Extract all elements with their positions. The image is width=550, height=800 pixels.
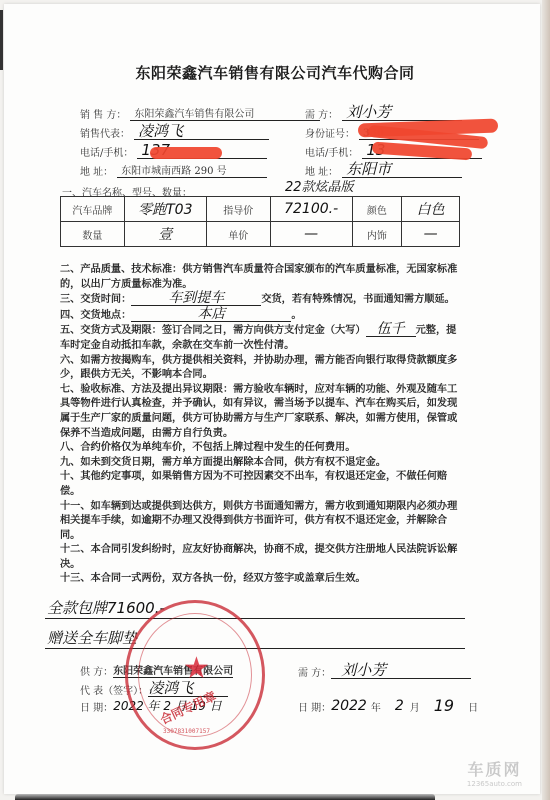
buyer-signature-row: 需 方： 刘小芳	[298, 662, 471, 679]
clause-9: 九、如未到交货日期，需方单方面提出解除本合同，供方有权不退定金。	[60, 455, 465, 470]
supplier-label: 供 方：	[80, 663, 113, 678]
clause-5-prefix: 五、交货方式及期限：签订合同之日，需方向供方支付定金（大写）	[60, 324, 366, 336]
color-value: 白色	[402, 197, 460, 222]
clause-10: 十、其他约定事项，如果销售方因为不可控因素交不出车，有权退还定金，不做任何赔偿。	[60, 469, 465, 498]
contract-clauses: 二、产品质量、技术标准：供方销售汽车质量符合国家颁布的汽车质量标准，无国家标准的…	[60, 262, 465, 586]
delivery-time: 车到提车	[131, 291, 261, 306]
guide-price-label: 指导价	[206, 197, 270, 222]
interior-label: 内饰	[352, 222, 402, 247]
deposit-amount: 伍千	[366, 322, 416, 337]
clause-8: 八、合约价格仅为单纯车价，不包括上牌过程中发生的任何费用。	[60, 440, 465, 455]
watermark-url: 12365auto.com	[467, 780, 522, 788]
handwritten-note-1: 全款包牌71600.-	[45, 597, 465, 619]
clause-4-suffix: 。	[291, 309, 301, 321]
buyer-id-label: 身份证号：	[305, 125, 355, 140]
buyer-date-label: 日 期：	[298, 699, 331, 714]
site-watermark: 车质网 12365auto.com	[467, 757, 522, 788]
buyer-name: 刘小芳	[342, 103, 462, 121]
brand-label: 汽车品牌	[61, 197, 125, 222]
month-unit: 月	[410, 699, 420, 714]
seller-address: 东阳市城南西路 290 号	[117, 160, 267, 178]
delivery-place: 本店	[131, 307, 291, 322]
interior-value: —	[402, 222, 460, 247]
brand-value: 零跑T03	[124, 197, 206, 222]
redaction-mark	[150, 147, 222, 159]
seller-name-row: 销 售 方： 东阳荣鑫汽车销售有限公司	[80, 103, 320, 121]
clause-7: 七、验收标准、方法及提出异议期限：需方验收车辆时，应对车辆的功能、外观及随车工具…	[60, 382, 465, 440]
seller-label: 销 售 方：	[80, 106, 126, 121]
clause-4: 四、交货地点：本店。	[60, 307, 465, 323]
buyer-sign: 刘小芳	[331, 662, 471, 679]
clause-6: 六、如需方按揭购车，供方提供相关资料，并协助办理，需方能否向银行取得贷款额度多少…	[60, 353, 465, 382]
clause-5: 五、交货方式及期限：签订合同之日，需方向供方支付定金（大写）伍千元整，提车时定金…	[60, 322, 465, 352]
seller-address-row: 地 址： 东阳市城南西路 290 号	[80, 160, 267, 178]
buyer-address: 东阳市	[342, 160, 462, 178]
clause-3: 三、交货时间：车到提车交货，若有特殊情况，书面通知需方顺延。	[60, 291, 465, 307]
buyer-sign-label: 需 方：	[298, 664, 331, 679]
clause-12: 十二、本合同引发纠纷时，应友好协商解决，协商不成，提交供方注册地人民法院诉讼解决…	[60, 542, 465, 571]
buyer-address-label: 地 址：	[305, 163, 338, 178]
clause-13: 十三、本合同一式两份，双方各执一份，经双方签字或盖章后生效。	[60, 571, 465, 586]
supplier-date-label: 日 期：	[80, 699, 113, 714]
clause-11: 十一、如车辆到达或提供到达供方，则供方书面通知需方，需方收到通知期限内必须办理相…	[60, 499, 465, 543]
contract-title: 东阳荣鑫汽车销售有限公司汽车代购合同	[0, 62, 550, 83]
seller-rep-label: 销售代表：	[80, 125, 130, 140]
seller-address-label: 地 址：	[80, 163, 113, 178]
seller-name: 东阳荣鑫汽车销售有限公司	[130, 103, 320, 121]
seller-rep-row: 销售代表： 凌鸿飞	[80, 122, 269, 140]
color-label: 颜色	[352, 197, 402, 222]
buyer-day: 19	[434, 698, 454, 714]
buyer-name-row: 需 方： 刘小芳	[305, 103, 462, 121]
company-seal: ★ 合同专用章 3307831007157	[125, 600, 265, 750]
unit-price-value: —	[270, 222, 352, 247]
clause-4-prefix: 四、交货地点：	[60, 309, 131, 321]
photo-edge-left	[0, 10, 3, 70]
guide-price-note: 22款炫晶版	[285, 180, 354, 196]
buyer-month: 2	[395, 698, 404, 714]
watermark-logo: 车质网	[467, 757, 522, 780]
clause-2: 二、产品质量、技术标准：供方销售汽车质量符合国家颁布的汽车质量标准，无国家标准的…	[60, 262, 465, 291]
car-info-table: 汽车品牌 零跑T03 指导价 72100.- 颜色 白色 数量 壹 单价 — 内…	[60, 196, 460, 247]
clause-3-suffix: 交货，若有特殊情况，书面通知需方顺延。	[261, 293, 455, 305]
day-unit: 日	[468, 699, 478, 714]
photo-edge-right	[542, 0, 550, 800]
seller-rep-name: 凌鸿飞	[134, 122, 269, 140]
buyer-date-row: 日 期： 2022 年 2 月 19 日	[298, 698, 478, 714]
seal-code: 3307831007157	[163, 728, 210, 735]
guide-price-value: 72100.-	[270, 197, 352, 222]
clause-3-prefix: 三、交货时间：	[60, 293, 131, 305]
photo-edge-bottom	[15, 794, 435, 800]
year-unit: 年	[371, 699, 381, 714]
seal-star-icon: ★	[183, 651, 210, 686]
buyer-phone-label: 电话/手机：	[305, 144, 358, 159]
quantity-label: 数量	[61, 222, 125, 247]
buyer-year: 2022	[331, 698, 367, 714]
seller-phone-label: 电话/手机：	[80, 144, 133, 159]
buyer-label: 需 方：	[305, 106, 338, 121]
buyer-address-row: 地 址： 东阳市	[305, 160, 462, 178]
unit-price-label: 单价	[206, 222, 270, 247]
quantity-value: 壹	[124, 222, 206, 247]
